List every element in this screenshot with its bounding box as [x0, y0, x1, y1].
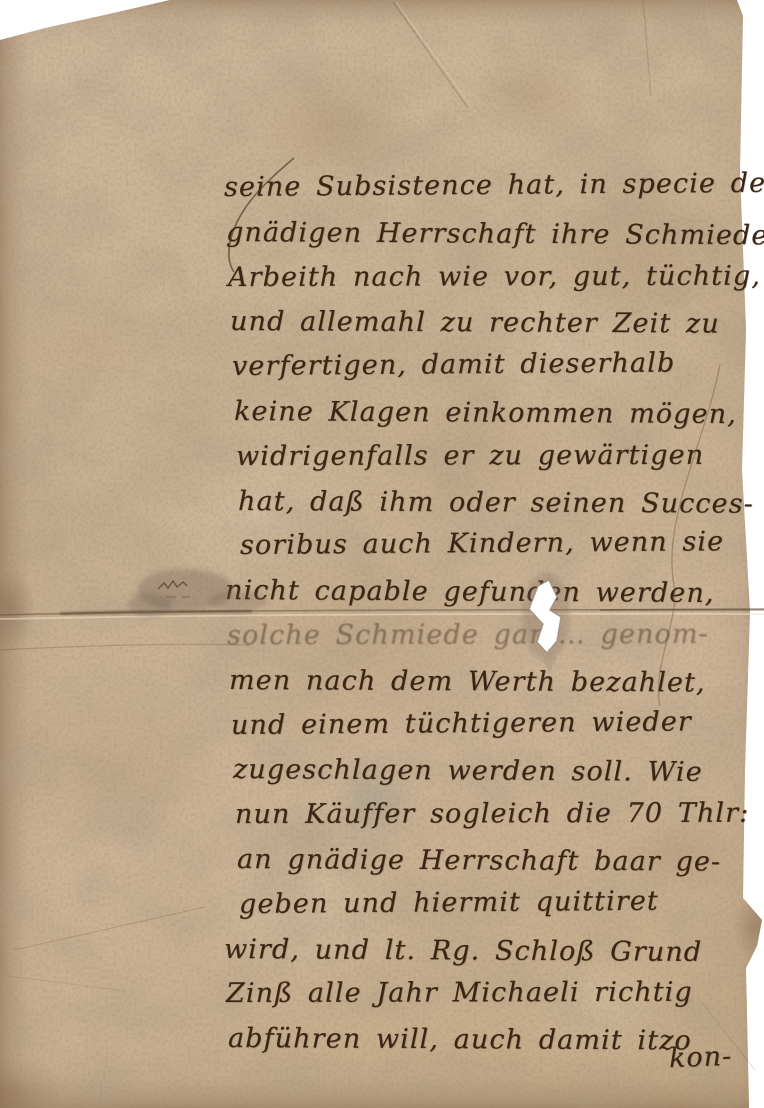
manuscript-line: solche Schmiede gar … genom-	[227, 613, 739, 659]
manuscript-line: seine Subsistence hat, in specie der	[224, 162, 736, 211]
manuscript-line: verfertigen, damit dieserhalb	[232, 341, 744, 390]
manuscript-line: soribus auch Kindern, wenn sie	[240, 520, 752, 569]
manuscript-line: und einem tüchtigeren wieder	[231, 700, 743, 749]
manuscript-line: men nach dem Werth bezahlet,	[229, 659, 741, 706]
manuscript-line: Arbeith nach wie vor, gut, tüchtig,	[228, 254, 740, 300]
manuscript-line: an gnädige Herrschaft baar ge-	[237, 838, 749, 885]
manuscript-line: abführen will, auch damit itzo	[228, 1017, 740, 1064]
manuscript-line: widrigenfalls er zu gewärtigen	[236, 433, 748, 479]
scanned-manuscript: seine Subsistence hat, in specie dergnäd…	[0, 0, 764, 1108]
manuscript-line: zugeschlagen werden soll. Wie	[233, 748, 745, 796]
manuscript-line: Zinß alle Jahr Michaeli richtig	[226, 971, 738, 1017]
manuscript-line: nun Käuffer sogleich die 70 Thlr:	[235, 792, 747, 838]
manuscript-lines: seine Subsistence hat, in specie dergnäd…	[232, 166, 744, 1062]
catchword: kon-	[668, 1041, 732, 1074]
manuscript-line: nicht capable gefunden werden,	[225, 569, 737, 617]
manuscript-line: keine Klagen einkommen mögen,	[234, 390, 746, 438]
manuscript-line: geben und hiermit quittiret	[239, 879, 751, 928]
manuscript-line: gnädigen Herrschaft ihre Schmiede	[226, 211, 738, 259]
manuscript-line: wird, und lt. Rg. Schloß Grund	[224, 928, 736, 976]
